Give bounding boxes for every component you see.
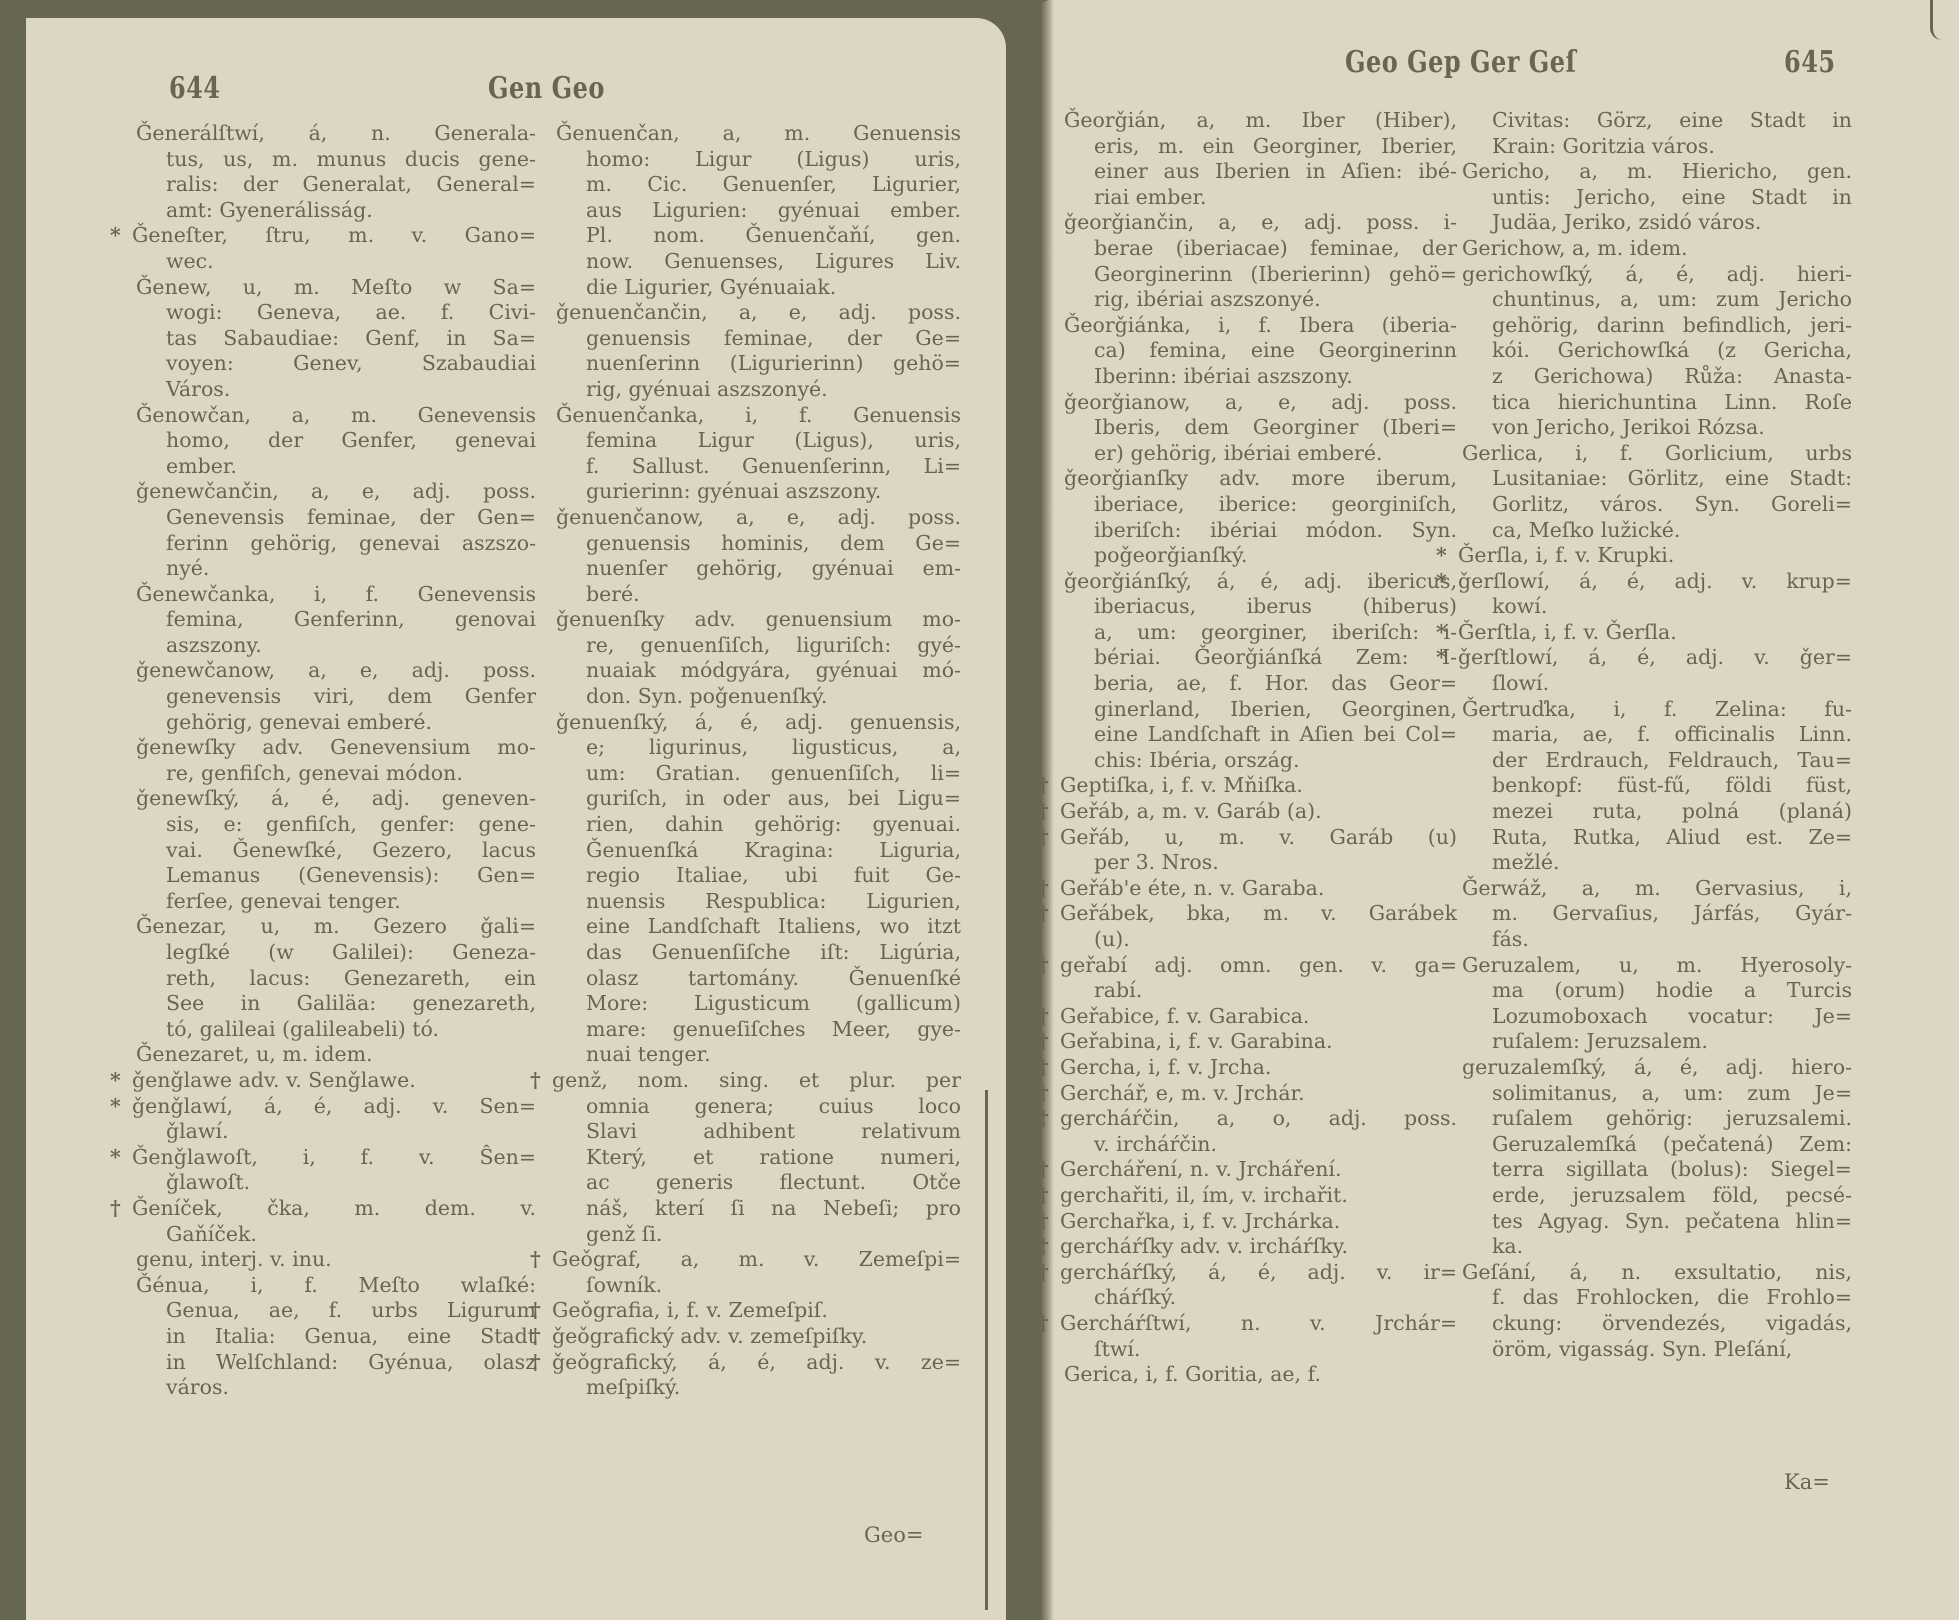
- dictionary-entry: *Ǧenǧlawoſt, i, f. v. Ŝen=ǧlawoſt.: [136, 1145, 536, 1196]
- asterisk-mark: *: [110, 223, 132, 249]
- dictionary-entry: †ǧeǒgrafický adv. v. zemeſpiſky.: [556, 1324, 961, 1350]
- entry-headword-line: †gercháŕſký, á, é, adj. v. ir=: [1064, 1260, 1457, 1286]
- entry-line: berae (iberiacae) feminae, der: [1064, 236, 1457, 262]
- entry-line: genuensis feminae, der Ge=: [556, 326, 961, 352]
- dictionary-entry: †Geptiſka, i, f. v. Mňiſka.: [1064, 773, 1457, 799]
- asterisk-mark: *: [1436, 569, 1458, 595]
- entry-line: ca, Meſko lužické.: [1462, 518, 1852, 544]
- entry-line: ruſalem gehörig: jeruzsalemi.: [1462, 1106, 1852, 1132]
- entry-line: aszszony.: [136, 633, 536, 659]
- entry-line: ſtwí.: [1064, 1337, 1457, 1363]
- entry-headword-line: *Ǧeneſter, ſtru, m. v. Gano=: [136, 223, 536, 249]
- obsolete-dagger-mark: †: [530, 1247, 552, 1273]
- dictionary-entry: †Geřáb, u, m. v. Garáb (u)per 3. Nros.: [1064, 825, 1457, 876]
- dictionary-entry: Ǧénua, i, f. Meſto wlaſké:Genua, ae, f. …: [136, 1273, 536, 1401]
- entry-line: Lemanus (Genevensis): Gen=: [136, 863, 536, 889]
- entry-headword-line: ǧenewčančin, a, e, adj. poss.: [136, 479, 536, 505]
- dictionary-entry: Ǧenuenčanka, i, f. Genuensisfemina Ligur…: [556, 403, 961, 505]
- dictionary-entry: †ǧeǒgrafický, á, é, adj. v. ze=meſpiſký.: [556, 1350, 961, 1401]
- entry-line: genž ſi.: [556, 1222, 961, 1248]
- dictionary-entry: Ǧenowčan, a, m. Genevensishomo, der Genf…: [136, 403, 536, 480]
- entry-line: (u).: [1064, 927, 1457, 953]
- entry-headword-line: *Ǧenǧlawoſt, i, f. v. Ŝen=: [136, 1145, 536, 1171]
- entry-headword-line: ǧeorǧiančin, a, e, adj. poss. i-: [1064, 210, 1457, 236]
- entry-line: ſlowí.: [1462, 671, 1852, 697]
- entry-line: guriſch, in oder aus, bei Ligu=: [556, 786, 961, 812]
- entry-line: Iberinn: ibériai aszszony.: [1064, 364, 1457, 390]
- entry-line: meſpiſký.: [556, 1375, 961, 1401]
- entry-headword-line: †Geřáb, a, m. v. Garáb (a).: [1064, 799, 1457, 825]
- entry-headword-line: ǧenuenčanow, a, e, adj. poss.: [556, 505, 961, 531]
- entry-line: Ruta, Rutka, Aliud est. Ze=: [1462, 825, 1852, 851]
- catchword-left: Geo=: [864, 1523, 923, 1547]
- left-page-column-2: Ǧenuenčan, a, m. Genuensishomo: Ligur (L…: [556, 121, 961, 1401]
- obsolete-dagger-mark: †: [1038, 799, 1060, 825]
- right-page-column-1: Ǧeorǧián, a, m. Iber (Hiber),eris, m. ei…: [1064, 108, 1457, 1388]
- entry-line: ſowník.: [556, 1273, 961, 1299]
- obsolete-dagger-mark: †: [1038, 1311, 1060, 1337]
- entry-line: einer aus Iberien in Aſien: ibé-: [1064, 159, 1457, 185]
- entry-line: More: Ligusticum (gallicum): [556, 991, 961, 1017]
- entry-headword-line: ǧenuenſky adv. genuensium mo-: [556, 607, 961, 633]
- dictionary-entry: Civitas: Görz, eine Stadt inKrain: Gorit…: [1462, 108, 1852, 159]
- entry-headword-line: †Gerchář, e, m. v. Jrchár.: [1064, 1081, 1457, 1107]
- dictionary-entry: *ǧerſlowí, á, é, adj. v. krup=kowí.: [1462, 569, 1852, 620]
- obsolete-dagger-mark: †: [530, 1068, 552, 1094]
- dictionary-entry: Ǧenuenčan, a, m. Genuensishomo: Ligur (L…: [556, 121, 961, 300]
- entry-line: beré.: [556, 582, 961, 608]
- entry-line: regio Italiae, ubi fuit Ge-: [556, 863, 961, 889]
- dictionary-entry: *Ǧerſtla, i, f. v. Ǧerſla.: [1462, 620, 1852, 646]
- dictionary-entry: †Geǒgraf, a, m. v. Zemeſpi=ſowník.: [556, 1247, 961, 1298]
- entry-line: fás.: [1462, 927, 1852, 953]
- entry-line: f. das Frohlocken, die Frohlo=: [1462, 1285, 1852, 1311]
- dictionary-entry: †gercháŕſký, á, é, adj. v. ir=cháŕſký.: [1064, 1260, 1457, 1311]
- entry-line: benkopf: füst-fű, földi füst,: [1462, 773, 1852, 799]
- dictionary-entry: Ǧenewčanka, i, f. Genevensisfemina, Genf…: [136, 582, 536, 659]
- entry-headword-line: ǧeorǧiánſký, á, é, adj. ibericus,: [1064, 569, 1457, 595]
- dictionary-entry: Geruzalem, u, m. Hyerosoly-ma (orum) hod…: [1462, 953, 1852, 1055]
- dictionary-entry: Ǧenerálſtwí, á, n. Generala-tus, us, m. …: [136, 121, 536, 223]
- dictionary-entry: ǧeorǧianow, a, e, adj. poss.Iberis, dem …: [1064, 390, 1457, 467]
- entry-line: Geruzalemſká (pečatená) Zem:: [1462, 1132, 1852, 1158]
- entry-headword-line: *Ǧerſla, i, f. v. Krupki.: [1462, 543, 1852, 569]
- entry-line: Iberis, dem Georginer (Iberi=: [1064, 415, 1457, 441]
- entry-line: eris, m. ein Georginer, Iberier,: [1064, 134, 1457, 160]
- dictionary-entry: *Ǧeneſter, ſtru, m. v. Gano=wec.: [136, 223, 536, 274]
- entry-line: omnia genera; cuius loco: [556, 1094, 961, 1120]
- dictionary-entry: ǧenuenčanow, a, e, adj. poss.genuensis h…: [556, 505, 961, 607]
- asterisk-mark: *: [110, 1068, 132, 1094]
- asterisk-mark: *: [1436, 543, 1458, 569]
- entry-line: legſké (w Galilei): Geneza-: [136, 940, 536, 966]
- entry-headword-line: Ǧenewčanka, i, f. Genevensis: [136, 582, 536, 608]
- right-page-column-2: Civitas: Görz, eine Stadt inKrain: Gorit…: [1462, 108, 1852, 1362]
- entry-line: beria, ae, f. Hor. das Geor=: [1064, 671, 1457, 697]
- entry-line: ralis: der Generalat, General=: [136, 172, 536, 198]
- dictionary-entry: geruzalemſký, á, é, adj. hiero-solimitan…: [1462, 1055, 1852, 1260]
- entry-line: iberiſch: ibériai módon. Syn.: [1064, 518, 1457, 544]
- entry-headword-line: *ǧenǧlawe adv. v. Senǧlawe.: [136, 1068, 536, 1094]
- dictionary-entry: †Geřáb'e éte, n. v. Garaba.: [1064, 876, 1457, 902]
- obsolete-dagger-mark: †: [530, 1324, 552, 1350]
- obsolete-dagger-mark: †: [1038, 1209, 1060, 1235]
- dictionary-entry: ǧenuenčančin, a, e, adj. poss.genuensis …: [556, 300, 961, 402]
- dictionary-entry: Geſání, á, n. exsultatio, nis,f. das Fro…: [1462, 1260, 1852, 1362]
- entry-line: náš, kterí ſi na Nebeſi; pro: [556, 1196, 961, 1222]
- entry-line: um: Gratian. genuenſiſch, li=: [556, 761, 961, 787]
- entry-headword-line: Ǧenowčan, a, m. Genevensis: [136, 403, 536, 429]
- entry-line: tus, us, m. munus ducis gene-: [136, 147, 536, 173]
- dictionary-entry: Gericho, a, m. Hiericho, gen.untis: Jeri…: [1462, 159, 1852, 236]
- obsolete-dagger-mark: †: [1038, 1234, 1060, 1260]
- entry-line: Genevensis feminae, der Gen=: [136, 505, 536, 531]
- entry-line: Lusitaniae: Görlitz, eine Stadt:: [1462, 466, 1852, 492]
- entry-headword-line: ǧenuenčančin, a, e, adj. poss.: [556, 300, 961, 326]
- dictionary-entry: †Geřábek, bka, m. v. Garábek(u).: [1064, 901, 1457, 952]
- entry-line: genuensis hominis, dem Ge=: [556, 531, 961, 557]
- entry-line: m. Cic. Genuenſer, Ligurier,: [556, 172, 961, 198]
- entry-line: der Erdrauch, Feldrauch, Tau=: [1462, 748, 1852, 774]
- entry-line: gehörig, genevai emberé.: [136, 710, 536, 736]
- dictionary-entry: ǧenewčančin, a, e, adj. poss.Genevensis …: [136, 479, 536, 581]
- entry-line: ckung: örvendezés, vigadás,: [1462, 1311, 1852, 1337]
- obsolete-dagger-mark: †: [1038, 1055, 1060, 1081]
- running-head-right: Geo Gep Ger Geſ: [1345, 43, 1576, 79]
- entry-line: amt: Gyenerálisság.: [136, 198, 536, 224]
- entry-headword-line: genu, interj. v. inu.: [136, 1247, 536, 1273]
- entry-line: don. Syn. poǧenuenſký.: [556, 684, 961, 710]
- entry-line: chis: Ibéria, ország.: [1064, 748, 1457, 774]
- entry-line: ferſee, genevai tenger.: [136, 889, 536, 915]
- entry-line: terra sigillata (bolus): Siegel=: [1462, 1157, 1852, 1183]
- entry-line: in Welſchland: Gyénua, olasz: [136, 1350, 536, 1376]
- entry-line: vai. Ǧenewſké, Gezero, lacus: [136, 838, 536, 864]
- obsolete-dagger-mark: †: [1038, 1260, 1060, 1286]
- dictionary-entry: ǧeorǧiančin, a, e, adj. poss. i-berae (i…: [1064, 210, 1457, 312]
- page-number-left: 644: [169, 69, 221, 105]
- entry-headword-line: †Geǒgraf, a, m. v. Zemeſpi=: [556, 1247, 961, 1273]
- entry-line: mežlé.: [1462, 850, 1852, 876]
- entry-line: ferinn gehörig, genevai aszszo-: [136, 531, 536, 557]
- entry-headword-line: †Geptiſka, i, f. v. Mňiſka.: [1064, 773, 1457, 799]
- page-number-right: 645: [1784, 43, 1836, 79]
- entry-line: olasz tartomány. Ǧenuenſké: [556, 966, 961, 992]
- entry-line: das Genuenſiſche iſt: Ligúria,: [556, 940, 961, 966]
- entry-headword-line: Ǧertruďka, i, f. Zelina: fu-: [1462, 697, 1852, 723]
- entry-line: tó, galileai (galileabeli) tó.: [136, 1017, 536, 1043]
- entry-line: Slavi adhibent relativum: [556, 1119, 961, 1145]
- entry-line: homo, der Genfer, genevai: [136, 428, 536, 454]
- asterisk-mark: *: [110, 1145, 132, 1171]
- entry-line: tes Agyag. Syn. pečatena hlin=: [1462, 1209, 1852, 1235]
- obsolete-dagger-mark: †: [1038, 901, 1060, 927]
- dictionary-entry: †Gerchařka, i, f. v. Jrchárka.: [1064, 1209, 1457, 1235]
- entry-line: reth, lacus: Genezareth, ein: [136, 966, 536, 992]
- dictionary-entry: †Gercha, i, f. v. Jrcha.: [1064, 1055, 1457, 1081]
- entry-line: nuenſer gehörig, gyénuai em-: [556, 556, 961, 582]
- entry-line: aus Ligurien: gyénuai ember.: [556, 198, 961, 224]
- entry-line: nyé.: [136, 556, 536, 582]
- entry-line: kowí.: [1462, 594, 1852, 620]
- dictionary-entry: Ǧeorǧián, a, m. Iber (Hiber),eris, m. ei…: [1064, 108, 1457, 210]
- dictionary-entry: *Ǧerſla, i, f. v. Krupki.: [1462, 543, 1852, 569]
- dictionary-entry: Gerichow, a, m. idem.: [1462, 236, 1852, 262]
- entry-line: ac generis flectunt. Otče: [556, 1170, 961, 1196]
- entry-headword-line: †Ǧeníček, čka, m. dem. v.: [136, 1196, 536, 1222]
- entry-headword-line: Ǧenuenčanka, i, f. Genuensis: [556, 403, 961, 429]
- entry-line: gehörig, darinn befindlich, jeri-: [1462, 313, 1852, 339]
- entry-line: re, genfiſch, genevai módon.: [136, 761, 536, 787]
- dictionary-entry: †Geřabina, i, f. v. Garabina.: [1064, 1029, 1457, 1055]
- dictionary-entry: genu, interj. v. inu.: [136, 1247, 536, 1273]
- entry-line: mezei ruta, polná (planá): [1462, 799, 1852, 825]
- entry-headword-line: †ǧeǒgrafický adv. v. zemeſpiſky.: [556, 1324, 961, 1350]
- obsolete-dagger-mark: †: [1038, 825, 1060, 851]
- entry-line: wec.: [136, 249, 536, 275]
- entry-line: kói. Gerichowſká (z Gericha,: [1462, 338, 1852, 364]
- dictionary-entry: ǧenewčanow, a, e, adj. poss.genevensis v…: [136, 658, 536, 735]
- entry-headword-line: †geřabí adj. omn. gen. v. ga=: [1064, 953, 1457, 979]
- entry-line: sis, e: genfiſch, genfer: gene-: [136, 812, 536, 838]
- dictionary-entry: *ǧerſtlowí, á, é, adj. v. ǧer=ſlowí.: [1462, 645, 1852, 696]
- entry-line: chuntinus, a, um: zum Jericho: [1462, 287, 1852, 313]
- entry-headword-line: Gerlica, i, f. Gorlicium, urbs: [1462, 441, 1852, 467]
- entry-headword-line: †gercháŕčin, a, o, adj. poss.: [1064, 1106, 1457, 1132]
- entry-headword-line: gerichowſký, á, é, adj. hieri-: [1462, 262, 1852, 288]
- dictionary-entry: ǧenuenſký, á, é, adj. genuensis,e; ligur…: [556, 710, 961, 1068]
- entry-line: Georginerinn (Iberierinn) gehö=: [1064, 262, 1457, 288]
- entry-headword-line: Ǧenezar, u, m. Gezero ǧali=: [136, 914, 536, 940]
- entry-line: ca) femina, eine Georginerinn: [1064, 338, 1457, 364]
- obsolete-dagger-mark: †: [1038, 1081, 1060, 1107]
- dictionary-entry: Gerlica, i, f. Gorlicium, urbsLusitaniae…: [1462, 441, 1852, 543]
- entry-line: bériai. Ǧeorǧiánſká Zem: I-: [1064, 645, 1457, 671]
- dictionary-entry: *ǧenǧlawí, á, é, adj. v. Sen=ǧlawí.: [136, 1094, 536, 1145]
- entry-headword-line: †gercháŕſky adv. v. ircháŕſky.: [1064, 1234, 1457, 1260]
- entry-headword-line: geruzalemſký, á, é, adj. hiero-: [1462, 1055, 1852, 1081]
- entry-line: öröm, vigasság. Syn. Pleſání,: [1462, 1337, 1852, 1363]
- dictionary-entry: †genž, nom. sing. et plur. peromnia gene…: [556, 1068, 961, 1247]
- entry-line: m. Gervaſius, Járfás, Gyár-: [1462, 901, 1852, 927]
- entry-headword-line: Ǧeorǧiánka, i, f. Ibera (iberia-: [1064, 313, 1457, 339]
- entry-line: homo: Ligur (Ligus) uris,: [556, 147, 961, 173]
- right-page: Geo Gep Ger Geſ 645 Ǧeorǧián, a, m. Iber…: [1040, 0, 1959, 1620]
- entry-headword-line: Gerichow, a, m. idem.: [1462, 236, 1852, 262]
- dictionary-entry: †gercháŕčin, a, o, adj. poss.v. ircháŕči…: [1064, 1106, 1457, 1157]
- entry-line: erde, jeruzsalem föld, pecsé-: [1462, 1183, 1852, 1209]
- dictionary-entry: Ǧenezaret, u, m. idem.: [136, 1042, 536, 1068]
- entry-line: gurierinn: gyénuai aszszony.: [556, 479, 961, 505]
- entry-headword-line: †Gerchařka, i, f. v. Jrchárka.: [1064, 1209, 1457, 1235]
- entry-line: Város.: [136, 377, 536, 403]
- entry-line: város.: [136, 1375, 536, 1401]
- left-page: 644 Gen Geo Ǧenerálſtwí, á, n. Generala-…: [26, 18, 1006, 1620]
- entry-headword-line: Gerica, i, f. Goritia, ae, f.: [1064, 1362, 1457, 1388]
- entry-headword-line: †Geǒgrafia, i, f. v. Zemeſpiſ.: [556, 1298, 961, 1324]
- entry-line: ruſalem: Jeruzsalem.: [1462, 1029, 1852, 1055]
- obsolete-dagger-mark: †: [110, 1196, 132, 1222]
- entry-headword-line: †Gercha, i, f. v. Jrcha.: [1064, 1055, 1457, 1081]
- entry-headword-line: *ǧenǧlawí, á, é, adj. v. Sen=: [136, 1094, 536, 1120]
- entry-line: poǧeorǧianſký.: [1064, 543, 1457, 569]
- entry-line: ember.: [136, 454, 536, 480]
- entry-line: die Ligurier, Gyénuaiak.: [556, 275, 961, 301]
- entry-headword-line: ǧenuenſký, á, é, adj. genuensis,: [556, 710, 961, 736]
- entry-line: cháŕſký.: [1064, 1285, 1457, 1311]
- entry-headword-line: ǧeorǧianſky adv. more iberum,: [1064, 466, 1457, 492]
- entry-line: re, genuenſiſch, liguriſch: gyé-: [556, 633, 961, 659]
- entry-line: voyen: Genev, Szabaudiai: [136, 351, 536, 377]
- entry-headword-line: †Geřáb, u, m. v. Garáb (u): [1064, 825, 1457, 851]
- entry-headword-line: Ǧenew, u, m. Meſto w Sa=: [136, 275, 536, 301]
- entry-line: femina Ligur (Ligus), uris,: [556, 428, 961, 454]
- dictionary-entry: Gerica, i, f. Goritia, ae, f.: [1064, 1362, 1457, 1388]
- obsolete-dagger-mark: †: [530, 1350, 552, 1376]
- entry-line: Krain: Goritzia város.: [1462, 134, 1852, 160]
- entry-line: tica hierichuntina Linn. Roſe: [1462, 390, 1852, 416]
- entry-headword-line: *ǧerſlowí, á, é, adj. v. krup=: [1462, 569, 1852, 595]
- entry-headword-line: Ǧenerálſtwí, á, n. Generala-: [136, 121, 536, 147]
- entry-headword-line: †Geřabina, i, f. v. Garabina.: [1064, 1029, 1457, 1055]
- dictionary-entry: ǧenuenſky adv. genuensium mo-re, genuenſ…: [556, 607, 961, 709]
- entry-line: iberiacus, iberus (hiberus): [1064, 594, 1457, 620]
- obsolete-dagger-mark: †: [1038, 1029, 1060, 1055]
- dictionary-entry: ǧeorǧianſky adv. more iberum,iberiace, i…: [1064, 466, 1457, 568]
- entry-line: ka.: [1462, 1234, 1852, 1260]
- entry-line: f. Sallust. Genuenſerinn, Li=: [556, 454, 961, 480]
- entry-line: er) gehörig, ibériai emberé.: [1064, 441, 1457, 467]
- dictionary-entry: gerichowſký, á, é, adj. hieri-chuntinus,…: [1462, 262, 1852, 441]
- entry-line: mare: genueſiſches Meer, gye-: [556, 1017, 961, 1043]
- entry-headword-line: Ǧénua, i, f. Meſto wlaſké:: [136, 1273, 536, 1299]
- entry-headword-line: Geſání, á, n. exsultatio, nis,: [1462, 1260, 1852, 1286]
- dictionary-entry: †Geřabice, f. v. Garabica.: [1064, 1004, 1457, 1030]
- obsolete-dagger-mark: †: [1038, 876, 1060, 902]
- entry-line: in Italia: Genua, eine Stadt: [136, 1324, 536, 1350]
- entry-line: untis: Jericho, eine Stadt in: [1462, 185, 1852, 211]
- dictionary-entry: Ǧertruďka, i, f. Zelina: fu-maria, ae, f…: [1462, 697, 1852, 876]
- entry-line: Gorlitz, város. Syn. Goreli=: [1462, 492, 1852, 518]
- entry-line: riai ember.: [1064, 185, 1457, 211]
- entry-headword-line: Ǧenuenčan, a, m. Genuensis: [556, 121, 961, 147]
- entry-line: iberiace, iberice: georginiſch,: [1064, 492, 1457, 518]
- obsolete-dagger-mark: †: [1038, 1157, 1060, 1183]
- entry-line: Judäa, Jeriko, zsidó város.: [1462, 210, 1852, 236]
- dictionary-entry: ǧeorǧiánſký, á, é, adj. ibericus,iberiac…: [1064, 569, 1457, 774]
- entry-line: ginerland, Iberien, Georginen,: [1064, 697, 1457, 723]
- dictionary-entry: Ǧeorǧiánka, i, f. Ibera (iberia-ca) femi…: [1064, 313, 1457, 390]
- dictionary-entry: †gercháŕſky adv. v. ircháŕſky.: [1064, 1234, 1457, 1260]
- left-page-column-1: Ǧenerálſtwí, á, n. Generala-tus, us, m. …: [136, 121, 536, 1401]
- entry-headword-line: ǧenewſky adv. Genevensium mo-: [136, 735, 536, 761]
- entry-line: rig, ibériai aszszonyé.: [1064, 287, 1457, 313]
- dictionary-entry: †Gercháření, n. v. Jrcháření.: [1064, 1157, 1457, 1183]
- obsolete-dagger-mark: †: [1038, 773, 1060, 799]
- entry-line: tas Sabaudiae: Genf, in Sa=: [136, 326, 536, 352]
- obsolete-dagger-mark: †: [1038, 1004, 1060, 1030]
- catchword-right: Ka=: [1784, 1470, 1830, 1494]
- entry-line: ǧlawoſt.: [136, 1170, 536, 1196]
- entry-line: Lozumoboxach vocatur: Je=: [1462, 1004, 1852, 1030]
- dictionary-entry: *ǧenǧlawe adv. v. Senǧlawe.: [136, 1068, 536, 1094]
- dictionary-entry: †Gerchář, e, m. v. Jrchár.: [1064, 1081, 1457, 1107]
- dictionary-entry: Ǧenew, u, m. Meſto w Sa=wogi: Geneva, ae…: [136, 275, 536, 403]
- dictionary-entry: Ǧenezar, u, m. Gezero ǧali=legſké (w Gal…: [136, 914, 536, 1042]
- asterisk-mark: *: [1436, 620, 1458, 646]
- entry-line: genevensis viri, dem Genfer: [136, 684, 536, 710]
- page-edge-mark: [1930, 0, 1947, 40]
- entry-headword-line: *ǧerſtlowí, á, é, adj. v. ǧer=: [1462, 645, 1852, 671]
- entry-headword-line: Gericho, a, m. Hiericho, gen.: [1462, 159, 1852, 185]
- dictionary-entry: †Geřáb, a, m. v. Garáb (a).: [1064, 799, 1457, 825]
- entry-line: maria, ae, f. officinalis Linn.: [1462, 722, 1852, 748]
- entry-line: femina, Genferinn, genovai: [136, 607, 536, 633]
- dictionary-entry: †geřabí adj. omn. gen. v. ga=rabí.: [1064, 953, 1457, 1004]
- dictionary-entry: Ǧerwáž, a, m. Gervasius, i,m. Gervaſius,…: [1462, 876, 1852, 953]
- obsolete-dagger-mark: †: [1038, 1183, 1060, 1209]
- entry-line: See in Galiläa: genezareth,: [136, 991, 536, 1017]
- entry-headword-line: †Geřábek, bka, m. v. Garábek: [1064, 901, 1457, 927]
- entry-line: nuenſerinn (Ligurierinn) gehö=: [556, 351, 961, 377]
- entry-headword-line: †Geřabice, f. v. Garabica.: [1064, 1004, 1457, 1030]
- entry-line: a, um: georginer, iberiſch: i-: [1064, 620, 1457, 646]
- obsolete-dagger-mark: †: [1038, 953, 1060, 979]
- asterisk-mark: *: [1436, 645, 1458, 671]
- entry-headword-line: †ǧeǒgrafický, á, é, adj. v. ze=: [556, 1350, 961, 1376]
- obsolete-dagger-mark: †: [530, 1298, 552, 1324]
- entry-headword-line: †gerchařiti, il, ím, v. irchařit.: [1064, 1183, 1457, 1209]
- entry-headword-line: †Gercháření, n. v. Jrcháření.: [1064, 1157, 1457, 1183]
- entry-headword-line: Ǧerwáž, a, m. Gervasius, i,: [1462, 876, 1852, 902]
- entry-line: rien, dahin gehörig: gyenuai.: [556, 812, 961, 838]
- dictionary-entry: ǧenewſký, á, é, adj. geneven-sis, e: gen…: [136, 786, 536, 914]
- dictionary-entry: †gerchařiti, il, ím, v. irchařit.: [1064, 1183, 1457, 1209]
- entry-line: nuai tenger.: [556, 1042, 961, 1068]
- dictionary-entry: ǧenewſky adv. Genevensium mo-re, genfiſc…: [136, 735, 536, 786]
- entry-line: Pl. nom. Ǧenuenčaňí, gen.: [556, 223, 961, 249]
- entry-line: e; ligurinus, ligusticus, a,: [556, 735, 961, 761]
- entry-line: solimitanus, a, um: zum Je=: [1462, 1081, 1852, 1107]
- entry-headword-line: Geruzalem, u, m. Hyerosoly-: [1462, 953, 1852, 979]
- entry-line: Civitas: Görz, eine Stadt in: [1462, 108, 1852, 134]
- entry-headword-line: ǧenewčanow, a, e, adj. poss.: [136, 658, 536, 684]
- gutter-line: [985, 1090, 988, 1610]
- entry-line: per 3. Nros.: [1064, 850, 1457, 876]
- asterisk-mark: *: [110, 1094, 132, 1120]
- entry-headword-line: †Gercháŕſtwí, n. v. Jrchár=: [1064, 1311, 1457, 1337]
- entry-headword-line: †genž, nom. sing. et plur. per: [556, 1068, 961, 1094]
- entry-headword-line: Ǧenezaret, u, m. idem.: [136, 1042, 536, 1068]
- entry-line: ma (orum) hodie a Turcis: [1462, 978, 1852, 1004]
- entry-line: wogi: Geneva, ae. f. Civi-: [136, 300, 536, 326]
- entry-line: z Gerichowa) Růža: Anasta-: [1462, 364, 1852, 390]
- obsolete-dagger-mark: †: [1038, 1106, 1060, 1132]
- entry-headword-line: *Ǧerſtla, i, f. v. Ǧerſla.: [1462, 620, 1852, 646]
- dictionary-entry: †Ǧeníček, čka, m. dem. v.Gaňíček.: [136, 1196, 536, 1247]
- entry-line: now. Genuenses, Ligures Liv.: [556, 249, 961, 275]
- entry-line: von Jericho, Jerikoi Rózsa.: [1462, 415, 1852, 441]
- dictionary-entry: †Gercháŕſtwí, n. v. Jrchár=ſtwí.: [1064, 1311, 1457, 1362]
- entry-headword-line: ǧenewſký, á, é, adj. geneven-: [136, 786, 536, 812]
- entry-headword-line: †Geřáb'e éte, n. v. Garaba.: [1064, 876, 1457, 902]
- entry-line: v. ircháŕčin.: [1064, 1132, 1457, 1158]
- entry-line: eine Landſchaft in Aſien bei Col=: [1064, 722, 1457, 748]
- entry-line: ǧlawí.: [136, 1119, 536, 1145]
- entry-line: Genua, ae, f. urbs Ligurum: [136, 1298, 536, 1324]
- entry-line: eine Landſchaft Italiens, wo itzt: [556, 914, 961, 940]
- entry-line: rabí.: [1064, 978, 1457, 1004]
